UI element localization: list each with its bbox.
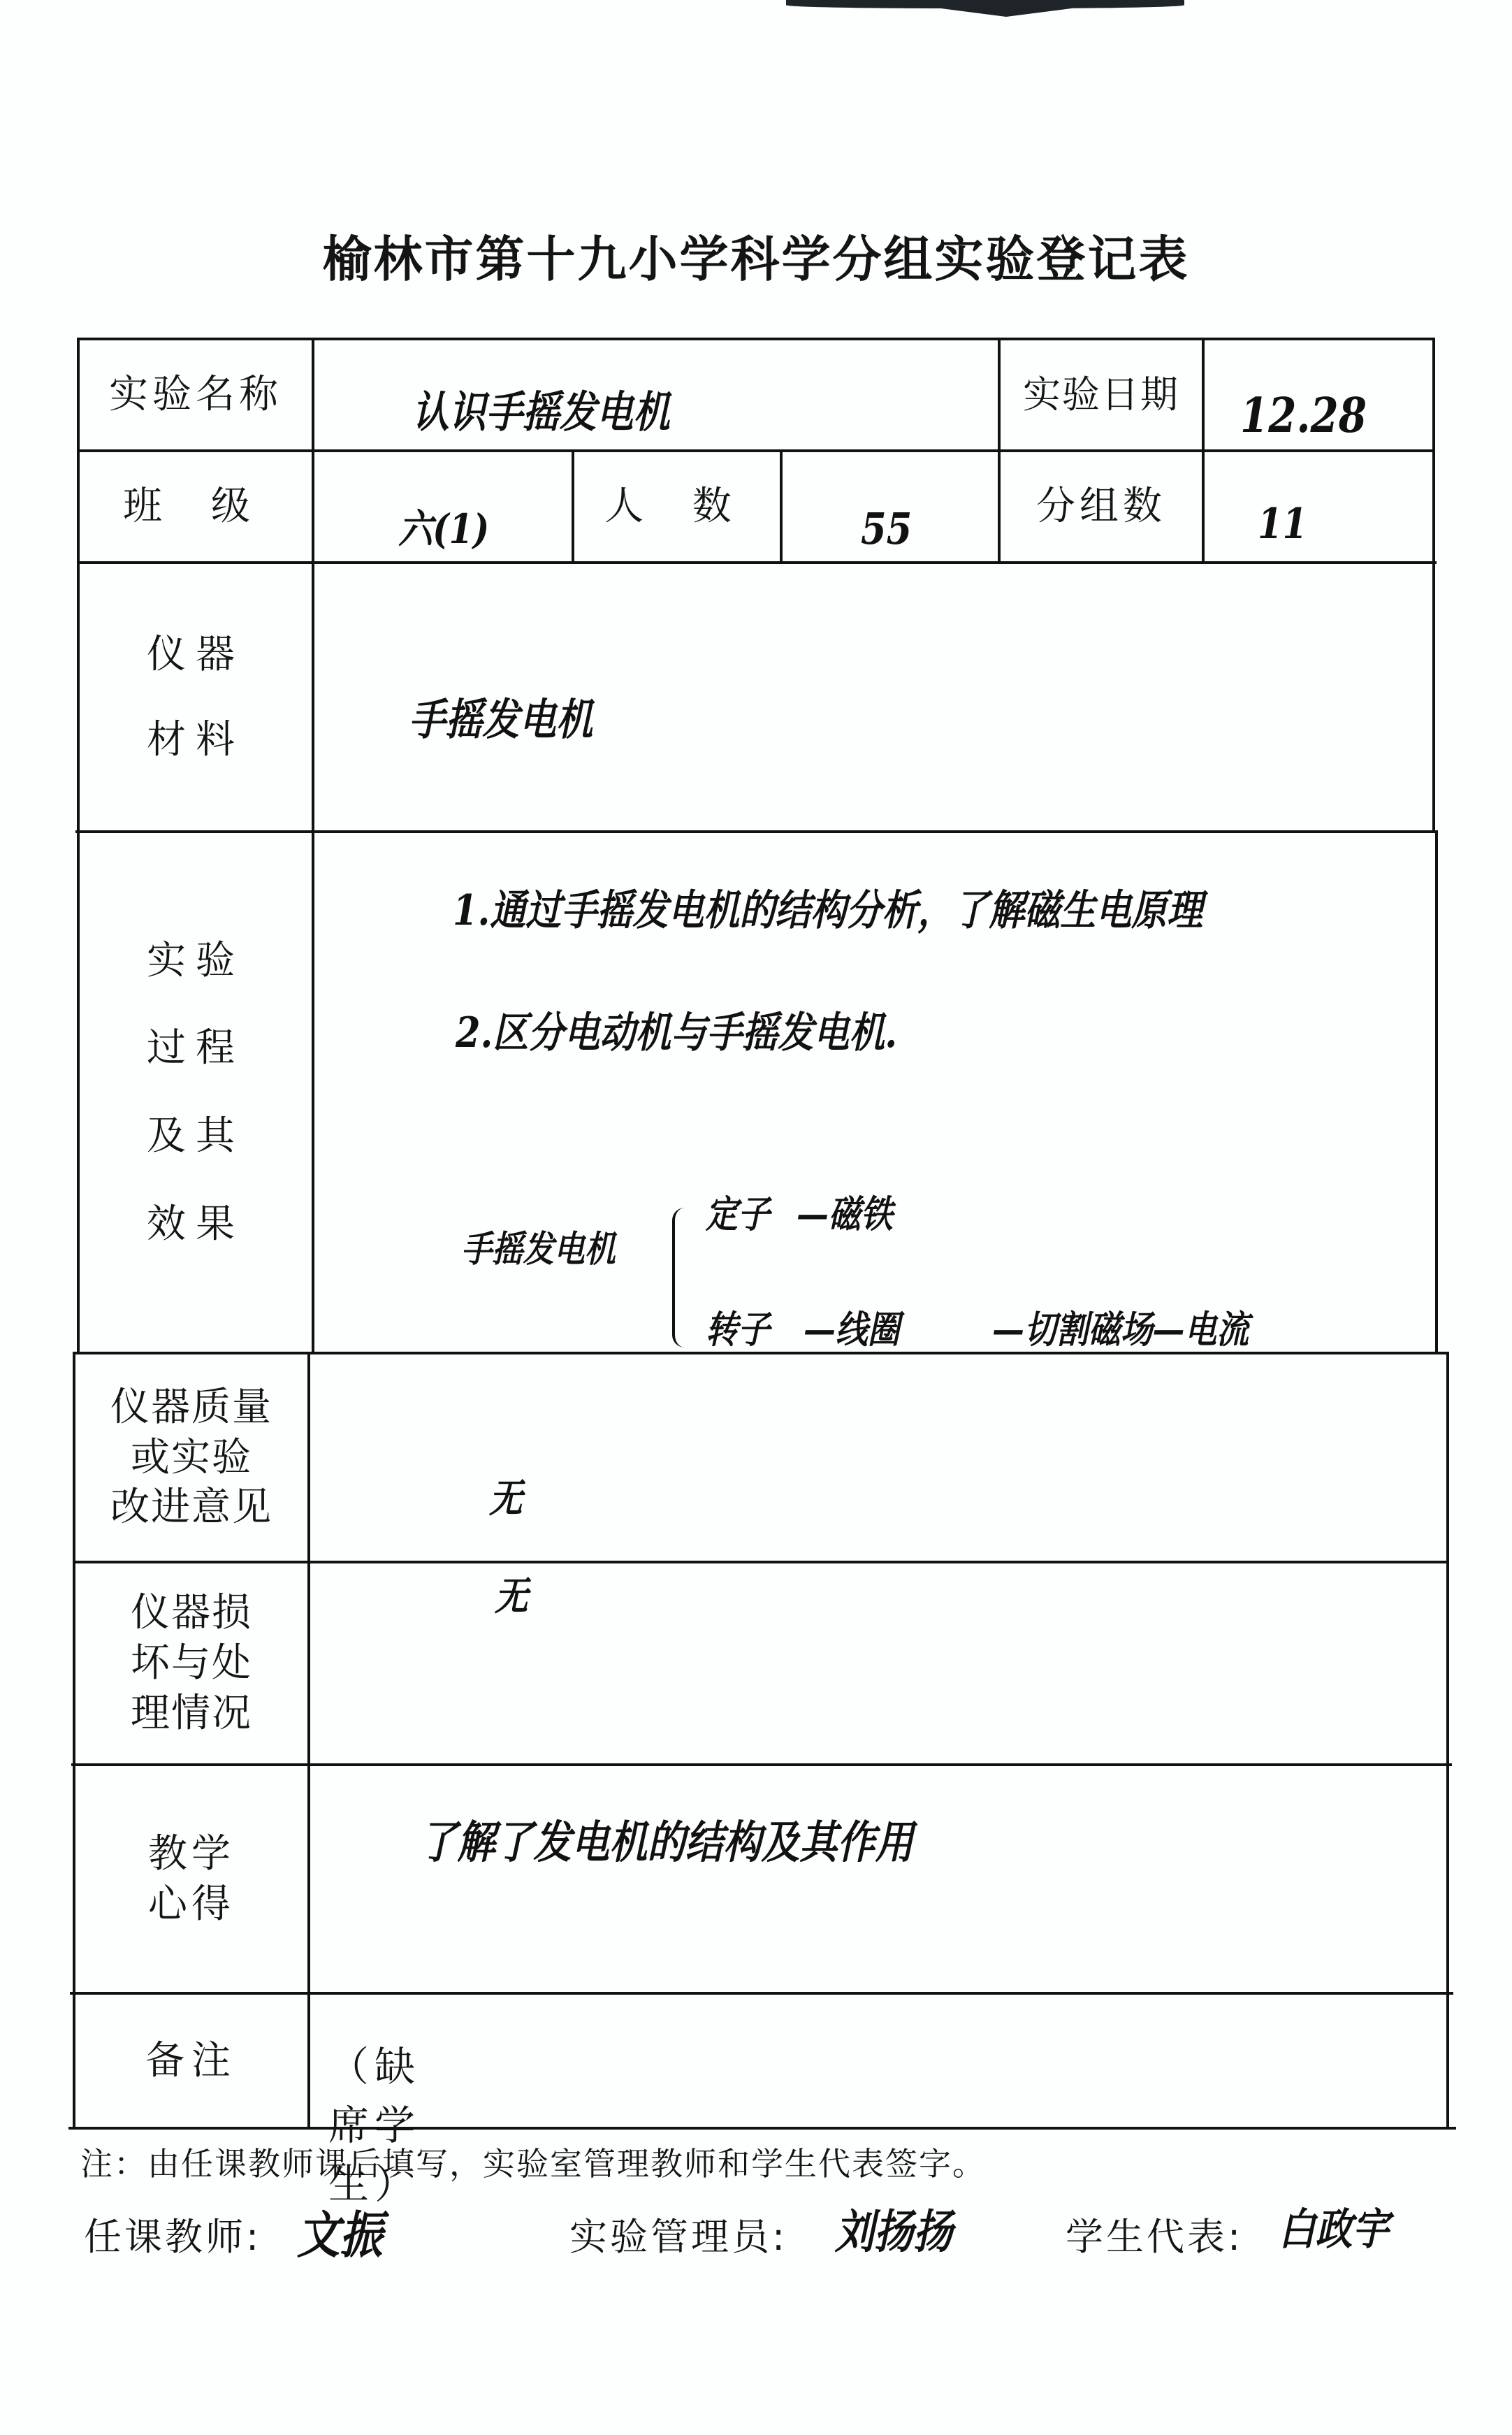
teaching-value: 了解了发电机的结构及其作用: [419, 1807, 913, 1871]
process-label-line: 实验: [147, 936, 245, 986]
column-divider: [312, 338, 314, 1352]
table-border-bottom: [68, 2127, 1456, 2130]
diagram-branch-extra: —切割磁场—电流: [992, 1300, 1249, 1354]
diagram-branch-part: 转子: [706, 1300, 770, 1354]
column-divider: [1202, 338, 1205, 563]
experiment-date-label: 实验日期: [1023, 370, 1179, 419]
quality-label-cell: 仪器质量 或实验 改进意见: [75, 1354, 307, 1561]
process-label-line: 过程: [147, 1023, 245, 1074]
class-value: 六(1): [398, 496, 489, 555]
group-count-label: 分组数: [1036, 482, 1166, 532]
process-label-cell: 实验 过程 及其 效果: [80, 833, 312, 1352]
damage-label-cell: 仪器损 坏与处 理情况: [75, 1563, 307, 1763]
teacher-label: 任课教师:: [84, 2207, 261, 2261]
equipment-label-line2: 材料: [147, 715, 245, 765]
damage-label-line: 坏与处: [131, 1638, 252, 1689]
quality-label-line: 改进意见: [110, 1482, 272, 1533]
lab-admin-signature: 刘扬扬: [835, 2195, 952, 2261]
process-step-2: 2.区分电动机与手摇发电机.: [456, 999, 897, 1060]
quality-label-line: 仪器质量: [110, 1382, 272, 1433]
teaching-label-line: 教学: [148, 1829, 235, 1879]
quality-label-line: 或实验: [131, 1433, 252, 1483]
equipment-value: 手摇发电机: [409, 685, 593, 747]
experiment-date-value: 12.28: [1240, 388, 1367, 444]
experiment-name-label: 实验名称: [109, 370, 282, 420]
diagram-root: 手摇发电机: [461, 1220, 616, 1272]
lab-admin-label: 实验管理员:: [569, 2207, 787, 2261]
student-rep-signature: 白政宇: [1279, 2195, 1389, 2257]
table-border-right: [1446, 1352, 1449, 2128]
footer-note: 注：由任课教师课后填写，实验室管理教师和学生代表签字。: [80, 2139, 986, 2185]
headcount-label: 人 数: [604, 482, 750, 532]
group-count-value: 11: [1258, 500, 1307, 549]
scan-artifact-tip: [908, 4, 1104, 17]
column-divider: [780, 451, 783, 563]
class-label: 班 级: [123, 482, 268, 532]
diagram-branch-part: 定子: [706, 1185, 770, 1238]
equipment-label-cell: 仪器 材料: [80, 564, 312, 830]
damage-label-line: 仪器损: [131, 1588, 252, 1638]
equipment-label-line1: 仪器: [147, 630, 245, 680]
diagram-branch-detail: —磁铁: [797, 1185, 893, 1238]
remarks-label-cell: 备注: [75, 1995, 307, 2127]
student-rep-label: 学生代表:: [1066, 2207, 1243, 2261]
headcount-label-cell: 人 数: [574, 452, 780, 561]
process-label-line: 效果: [147, 1199, 245, 1250]
brace-icon: [672, 1208, 685, 1347]
class-label-cell: 班 级: [80, 452, 312, 561]
column-divider: [307, 1352, 310, 2130]
quality-value: 无: [489, 1468, 523, 1524]
teaching-label-cell: 教学 心得: [75, 1766, 307, 1992]
headcount-value: 55: [861, 503, 912, 554]
diagram-branch-detail: —线圈: [804, 1300, 900, 1354]
process-step-1: 1.通过手摇发电机的结构分析，了解磁生电原理: [453, 877, 1202, 937]
table-border-right: [1435, 830, 1438, 1352]
damage-value: 无: [495, 1566, 528, 1621]
teaching-label-line: 心得: [148, 1879, 235, 1930]
experiment-date-label-cell: 实验日期: [1001, 340, 1202, 449]
table-border-right: [1432, 338, 1435, 830]
teacher-signature: 文振: [297, 2195, 382, 2267]
experiment-name-label-cell: 实验名称: [80, 340, 312, 449]
damage-label-line: 理情况: [131, 1689, 252, 1739]
form-title: 榆林市第十九小学科学分组实验登记表: [0, 220, 1512, 291]
process-label-line: 及其: [147, 1111, 245, 1162]
experiment-name-value: 认识手摇发电机: [412, 377, 670, 440]
remarks-label: 备注: [145, 2036, 238, 2086]
group-count-label-cell: 分组数: [1001, 452, 1202, 561]
